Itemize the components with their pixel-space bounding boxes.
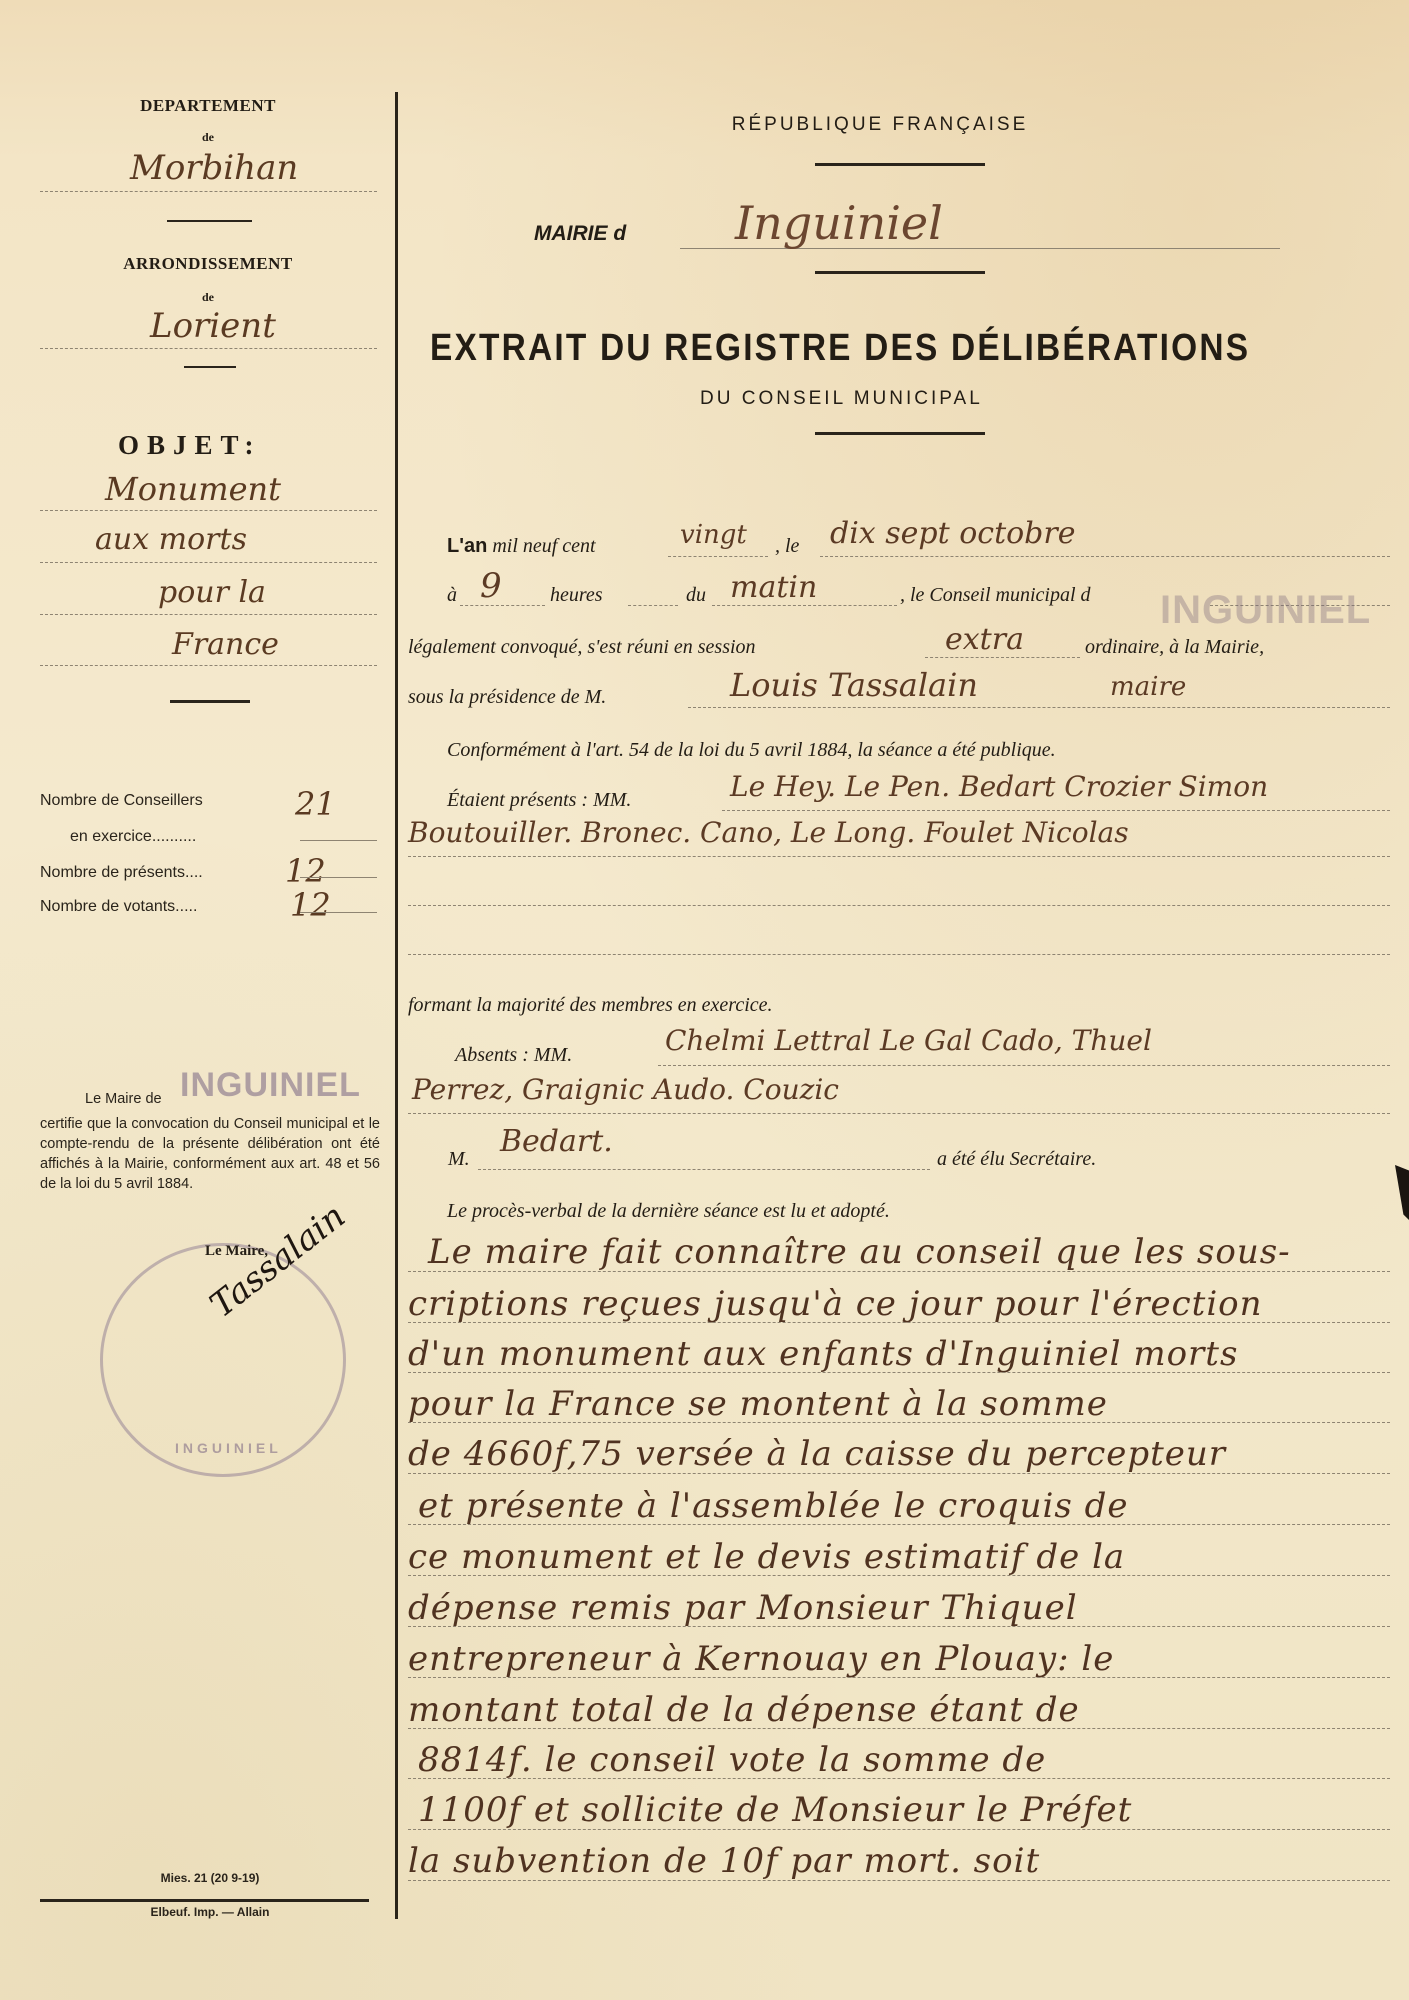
count-line [300, 877, 377, 878]
hour-line [460, 605, 545, 606]
presents-names-1: Le Hey. Le Pen. Bedart Crozier Simon [730, 770, 1268, 803]
objet-line-1: Monument [105, 470, 281, 508]
date-line [820, 556, 1390, 557]
presents-names-2: Boutouiller. Bronec. Cano, Le Long. Foul… [408, 816, 1129, 849]
departement-value: Morbihan [130, 148, 298, 188]
departement-de: de [108, 130, 308, 145]
conseillers-value: 21 [295, 785, 336, 823]
date-value: dix sept octobre [830, 516, 1075, 551]
departement-line [40, 191, 377, 192]
body-rule [408, 1728, 1390, 1729]
deliberation-line: la subvention de 10f par mort. soit [408, 1841, 1040, 1881]
period-line [712, 605, 897, 606]
separator [815, 163, 985, 166]
secretaire-value: Bedart. [500, 1124, 613, 1159]
proces-verbal-text: Le procès-verbal de la dernière séance e… [447, 1200, 890, 1223]
presidence-text: sous la présidence de M. [408, 686, 606, 709]
document-title: EXTRAIT DU REGISTRE DES DÉLIBÉRATIONS [430, 327, 1250, 370]
secretaire-suffix: a été élu Secrétaire. [937, 1148, 1096, 1171]
absents-names-1: Chelmi Lettral Le Gal Cado, Thuel [665, 1024, 1152, 1057]
deliberation-line: ce monument et le devis estimatif de la [408, 1537, 1125, 1577]
cert-text: certifie que la convocation du Conseil m… [40, 1114, 380, 1194]
secretaire-prefix: M. [448, 1148, 470, 1171]
separator [815, 271, 985, 274]
absents-label: Absents : MM. [455, 1044, 572, 1067]
arrondissement-line [40, 348, 377, 349]
departement-label: DEPARTEMENT [108, 96, 308, 116]
du-text: du [686, 584, 706, 607]
conseil-text: , le Conseil municipal d [900, 584, 1091, 607]
separator [170, 700, 250, 703]
conformement-text: Conformément à l'art. 54 de la loi du 5 … [447, 739, 1056, 762]
deliberation-line: pour la France se montent à la somme [408, 1384, 1108, 1424]
column-divider [395, 92, 398, 1919]
presents-line-3 [408, 905, 1390, 906]
objet-rule [40, 562, 377, 563]
arrondissement-value: Lorient [150, 306, 276, 346]
presents-value: 12 [285, 852, 326, 890]
mairie-label: MAIRIE d [534, 222, 626, 246]
body-rule [408, 1372, 1390, 1373]
ordinaire-text: ordinaire, à la Mairie, [1085, 636, 1264, 659]
lan-text: mil neuf cent [492, 535, 595, 557]
seal-text: INGUINIEL [175, 1440, 282, 1456]
body-rule [408, 1271, 1390, 1272]
presents-line-4 [408, 954, 1390, 955]
deliberation-line: d'un monument aux enfants d'Inguiniel mo… [408, 1334, 1238, 1374]
votants-label: Nombre de votants..... [40, 898, 197, 916]
body-rule [408, 1575, 1390, 1576]
absents-line-2 [408, 1113, 1390, 1114]
body-rule [408, 1829, 1390, 1830]
period-value: matin [730, 570, 817, 605]
document-subtitle: DU CONSEIL MUNICIPAL [700, 388, 983, 410]
arrondissement-de: de [108, 290, 308, 305]
count-line [300, 840, 377, 841]
le-text: , le [775, 535, 799, 558]
heures-line [628, 605, 678, 606]
votants-value: 12 [290, 886, 331, 924]
objet-line-3: pour la [158, 575, 266, 610]
deliberation-line: entrepreneur à Kernouay en Plouay: le [408, 1639, 1114, 1679]
presents-line-2 [408, 856, 1390, 857]
form-reference: Mies. 21 (20 9-19) [40, 1871, 380, 1885]
body-rule [408, 1322, 1390, 1323]
objet-rule [40, 665, 377, 666]
session-value: extra [945, 622, 1024, 657]
heures-text: heures [550, 584, 603, 607]
body-rule [408, 1473, 1390, 1474]
absents-names-2: Perrez, Graignic Audo. Couzic [412, 1073, 839, 1106]
majorite-text: formant la majorité des membres en exerc… [408, 994, 773, 1017]
presents-label: Nombre de présents.... [40, 864, 203, 882]
president-value: Louis Tassalain [730, 666, 978, 704]
body-rule [408, 1778, 1390, 1779]
inguiniel-stamp-right: INGUINIEL [1160, 588, 1371, 633]
a-text: à [447, 584, 457, 607]
hour-value: 9 [480, 566, 502, 606]
body-rule [408, 1422, 1390, 1423]
deliberation-line: dépense remis par Monsieur Thiquel [408, 1588, 1078, 1628]
conseillers-label: Nombre de Conseillers [40, 792, 203, 810]
objet-line-2: aux morts [95, 522, 247, 557]
president-role: maire [1110, 672, 1186, 702]
count-line [300, 912, 377, 913]
year-line [668, 556, 768, 557]
paper-tear [1395, 1165, 1409, 1220]
session-line [925, 657, 1080, 658]
separator [184, 366, 236, 368]
objet-rule [40, 510, 377, 511]
body-rule [408, 1880, 1390, 1881]
inguiniel-stamp-left: INGUINIEL [180, 1066, 361, 1105]
absents-line-1 [658, 1065, 1390, 1066]
body-rule [408, 1524, 1390, 1525]
presents-label: Étaient présents : MM. [447, 789, 631, 812]
president-line [688, 707, 1390, 708]
deliberation-line: de 4660f,75 versée à la caisse du percep… [408, 1434, 1226, 1474]
footer-rule [40, 1899, 369, 1902]
deliberation-line: 8814f. le conseil vote la somme de [418, 1740, 1046, 1780]
deliberation-line: 1100f et sollicite de Monsieur le Préfet [418, 1790, 1132, 1830]
body-rule [408, 1677, 1390, 1678]
objet-line-4: France [172, 627, 279, 662]
deliberation-line: montant total de la dépense étant de [408, 1690, 1080, 1730]
cert-maire-de: Le Maire de [85, 1091, 162, 1107]
secretaire-line [478, 1169, 930, 1170]
printer-credit: Elbeuf. Imp. — Allain [40, 1905, 380, 1919]
lan-bold: L'an [447, 535, 487, 557]
objet-rule [40, 614, 377, 615]
lan-line: L'an mil neuf cent [447, 535, 596, 558]
mairie-value: Inguiniel [735, 196, 943, 250]
objet-label: OBJET: [118, 430, 262, 461]
arrondissement-label: ARRONDISSEMENT [108, 254, 308, 274]
republique-francaise: RÉPUBLIQUE FRANÇAISE [530, 114, 1230, 136]
year-value: vingt [680, 520, 747, 550]
deliberation-line: Le maire fait connaître au conseil que l… [428, 1232, 1291, 1272]
deliberation-line: criptions reçues jusqu'à ce jour pour l'… [408, 1284, 1263, 1324]
deliberation-line: et présente à l'assemblée le croquis de [418, 1486, 1129, 1526]
presents-line-1 [722, 810, 1390, 811]
separator [815, 432, 985, 435]
convoque-text: légalement convoqué, s'est réuni en sess… [408, 636, 756, 659]
conseillers-label-2: en exercice.......... [70, 828, 196, 846]
body-rule [408, 1626, 1390, 1627]
separator [167, 220, 252, 222]
